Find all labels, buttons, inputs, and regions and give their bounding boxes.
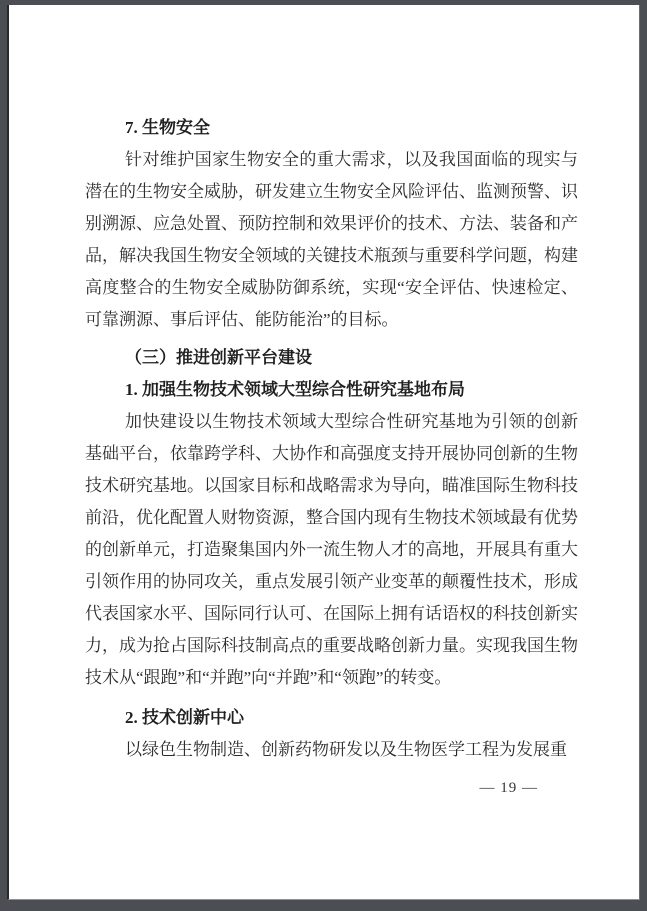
page-number: — 19 —	[85, 772, 578, 804]
paragraph-tech-innovation-center: 以绿色生物制造、创新药物研发以及生物医学工程为发展重	[85, 734, 578, 766]
heading-innovation-platform: （三）推进创新平台建设	[85, 342, 578, 374]
paragraph-research-base: 加快建设以生物技术领域大型综合性研究基地为引领的创新基础平台，依靠跨学科、大协作…	[85, 406, 578, 694]
document-page: 7. 生物安全 针对维护国家生物安全的重大需求，以及我国面临的现实与潜在的生物安…	[7, 5, 640, 900]
heading-tech-innovation-center: 2. 技术创新中心	[85, 702, 578, 734]
content-area: 7. 生物安全 针对维护国家生物安全的重大需求，以及我国面临的现实与潜在的生物安…	[85, 112, 578, 804]
viewer-background: 7. 生物安全 针对维护国家生物安全的重大需求，以及我国面临的现实与潜在的生物安…	[0, 0, 647, 911]
heading-biosafety: 7. 生物安全	[85, 112, 578, 144]
paragraph-biosafety: 针对维护国家生物安全的重大需求，以及我国面临的现实与潜在的生物安全威胁，研发建立…	[85, 144, 578, 336]
heading-research-base: 1. 加强生物技术领域大型综合性研究基地布局	[85, 374, 578, 406]
